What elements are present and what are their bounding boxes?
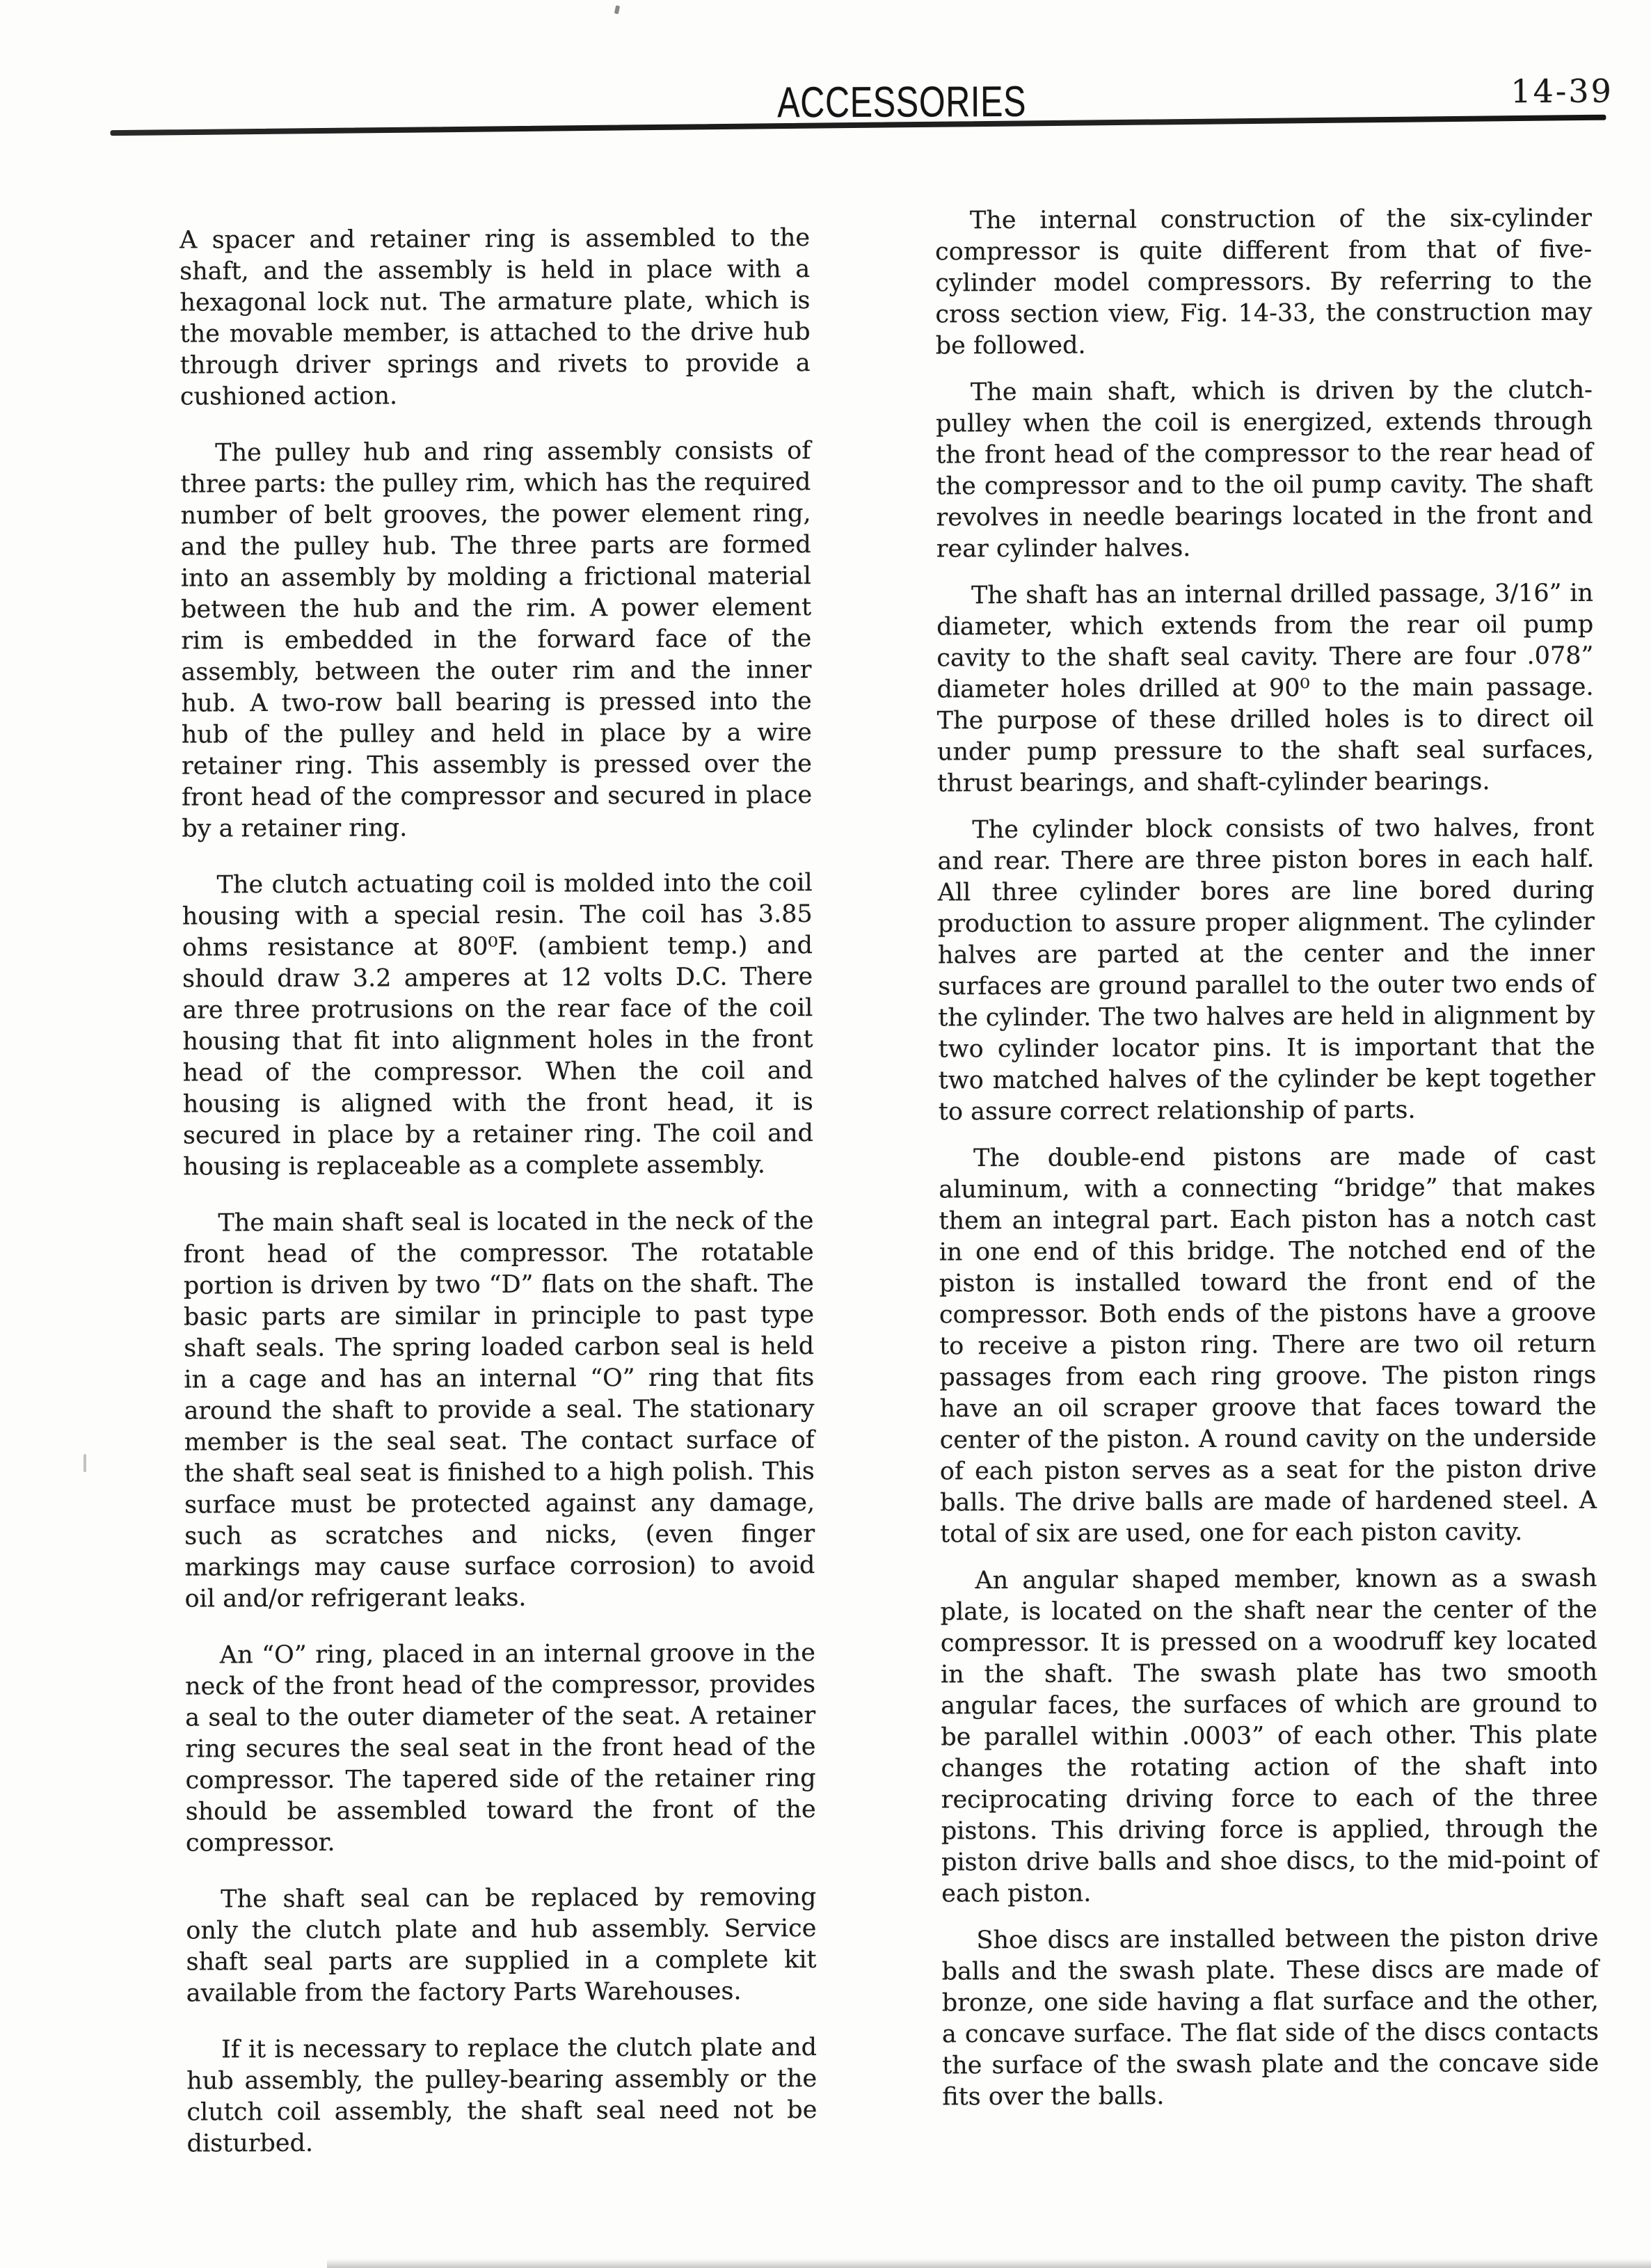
paragraph: A spacer and retainer ring is assembled …	[180, 223, 811, 413]
paragraph: The pulley hub and ring assembly consist…	[180, 436, 812, 845]
paragraph: If it is necessary to replace the clutch…	[186, 2032, 817, 2159]
page-number: 14-39	[1510, 72, 1613, 111]
paragraph: The cylinder block consists of two halve…	[937, 813, 1595, 1128]
paragraph: The shaft seal can be replaced by removi…	[186, 1882, 817, 2009]
scan-smudge-bottom	[327, 2259, 1651, 2268]
paragraph: The internal construction of the six-cyl…	[935, 203, 1593, 362]
paragraph: An angular shaped member, known as a swa…	[940, 1563, 1598, 1910]
paragraph: Shoe discs are installed between the pis…	[941, 1923, 1599, 2114]
paragraph: The clutch actuating coil is molded into…	[182, 868, 814, 1183]
paragraph: The main shaft, which is driven by the c…	[936, 375, 1593, 566]
page-title: ACCESSORIES	[777, 77, 1026, 127]
left-column: A spacer and retainer ring is assembled …	[180, 223, 817, 2185]
page-content: ACCESSORIES 14-39 A spacer and retainer …	[0, 0, 1651, 2268]
paragraph: An “O” ring, placed in an internal groov…	[185, 1638, 816, 1859]
paragraph: The double-end pistons are made of cast …	[939, 1141, 1597, 1551]
paragraph: The shaft has an internal drilled passag…	[936, 578, 1594, 800]
right-column: The internal construction of the six-cyl…	[935, 203, 1600, 2129]
scan-speck	[83, 1454, 86, 1472]
paragraph: The main shaft seal is located in the ne…	[183, 1206, 815, 1615]
manual-page: ACCESSORIES 14-39 A spacer and retainer …	[0, 0, 1651, 2268]
